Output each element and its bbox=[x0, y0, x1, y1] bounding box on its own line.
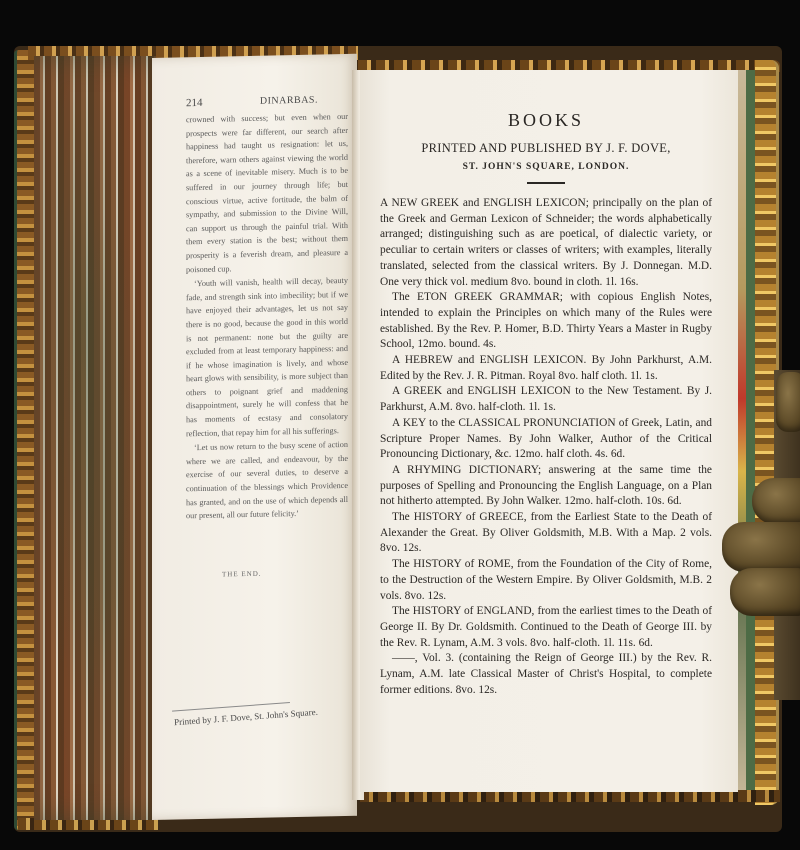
stand-thumb bbox=[776, 372, 800, 432]
book-entry: The HISTORY of ROME, from the Foundation… bbox=[380, 557, 712, 604]
page-number: 214 bbox=[186, 97, 203, 109]
book-list: A NEW GREEK and ENGLISH LEXICON; princip… bbox=[380, 196, 712, 699]
book-entry: The ETON GREEK GRAMMAR; with copious Eng… bbox=[380, 290, 712, 353]
book-entry: A KEY to the CLASSICAL PRONUNCIATION of … bbox=[380, 416, 712, 463]
book-entry: A RHYMING DICTIONARY; answering at the s… bbox=[380, 463, 712, 510]
left-page-header: 214 DINARBAS. bbox=[186, 94, 348, 109]
right-page: BOOKS PRINTED AND PUBLISHED BY J. F. DOV… bbox=[360, 70, 738, 792]
ad-title: BOOKS bbox=[380, 110, 712, 131]
stand-finger bbox=[730, 568, 800, 616]
left-page-body: crowned with success; but even when our … bbox=[186, 110, 348, 523]
paragraph: ‘Youth will vanish, health will decay, b… bbox=[186, 274, 348, 441]
book-entry: A HEBREW and ENGLISH LEXICON. By John Pa… bbox=[380, 353, 712, 384]
the-end-label: THE END. bbox=[222, 570, 262, 579]
marbled-page-edges bbox=[34, 56, 156, 820]
left-page: 214 DINARBAS. crowned with success; but … bbox=[152, 54, 357, 820]
running-head: DINARBAS. bbox=[260, 95, 318, 108]
paragraph: ‘Let us now return to the busy scene of … bbox=[186, 438, 348, 523]
book-entry: ——, Vol. 3. (containing the Reign of Geo… bbox=[380, 651, 712, 698]
book-entry: A NEW GREEK and ENGLISH LEXICON; princip… bbox=[380, 196, 712, 290]
ad-address: ST. JOHN'S SQUARE, LONDON. bbox=[380, 162, 712, 172]
paragraph: crowned with success; but even when our … bbox=[186, 110, 348, 277]
ad-subtitle: PRINTED AND PUBLISHED BY J. F. DOVE, bbox=[380, 141, 712, 156]
photo-scene: 214 DINARBAS. crowned with success; but … bbox=[0, 0, 800, 850]
stand-finger bbox=[722, 522, 800, 572]
gilt-border-left bbox=[14, 50, 34, 830]
book-entry: The HISTORY of ENGLAND, from the earlies… bbox=[380, 604, 712, 651]
book-entry: A GREEK and ENGLISH LEXICON to the New T… bbox=[380, 384, 712, 415]
book-entry: The HISTORY of GREECE, from the Earliest… bbox=[380, 510, 712, 557]
title-rule bbox=[527, 182, 565, 184]
stand-finger bbox=[752, 478, 800, 524]
